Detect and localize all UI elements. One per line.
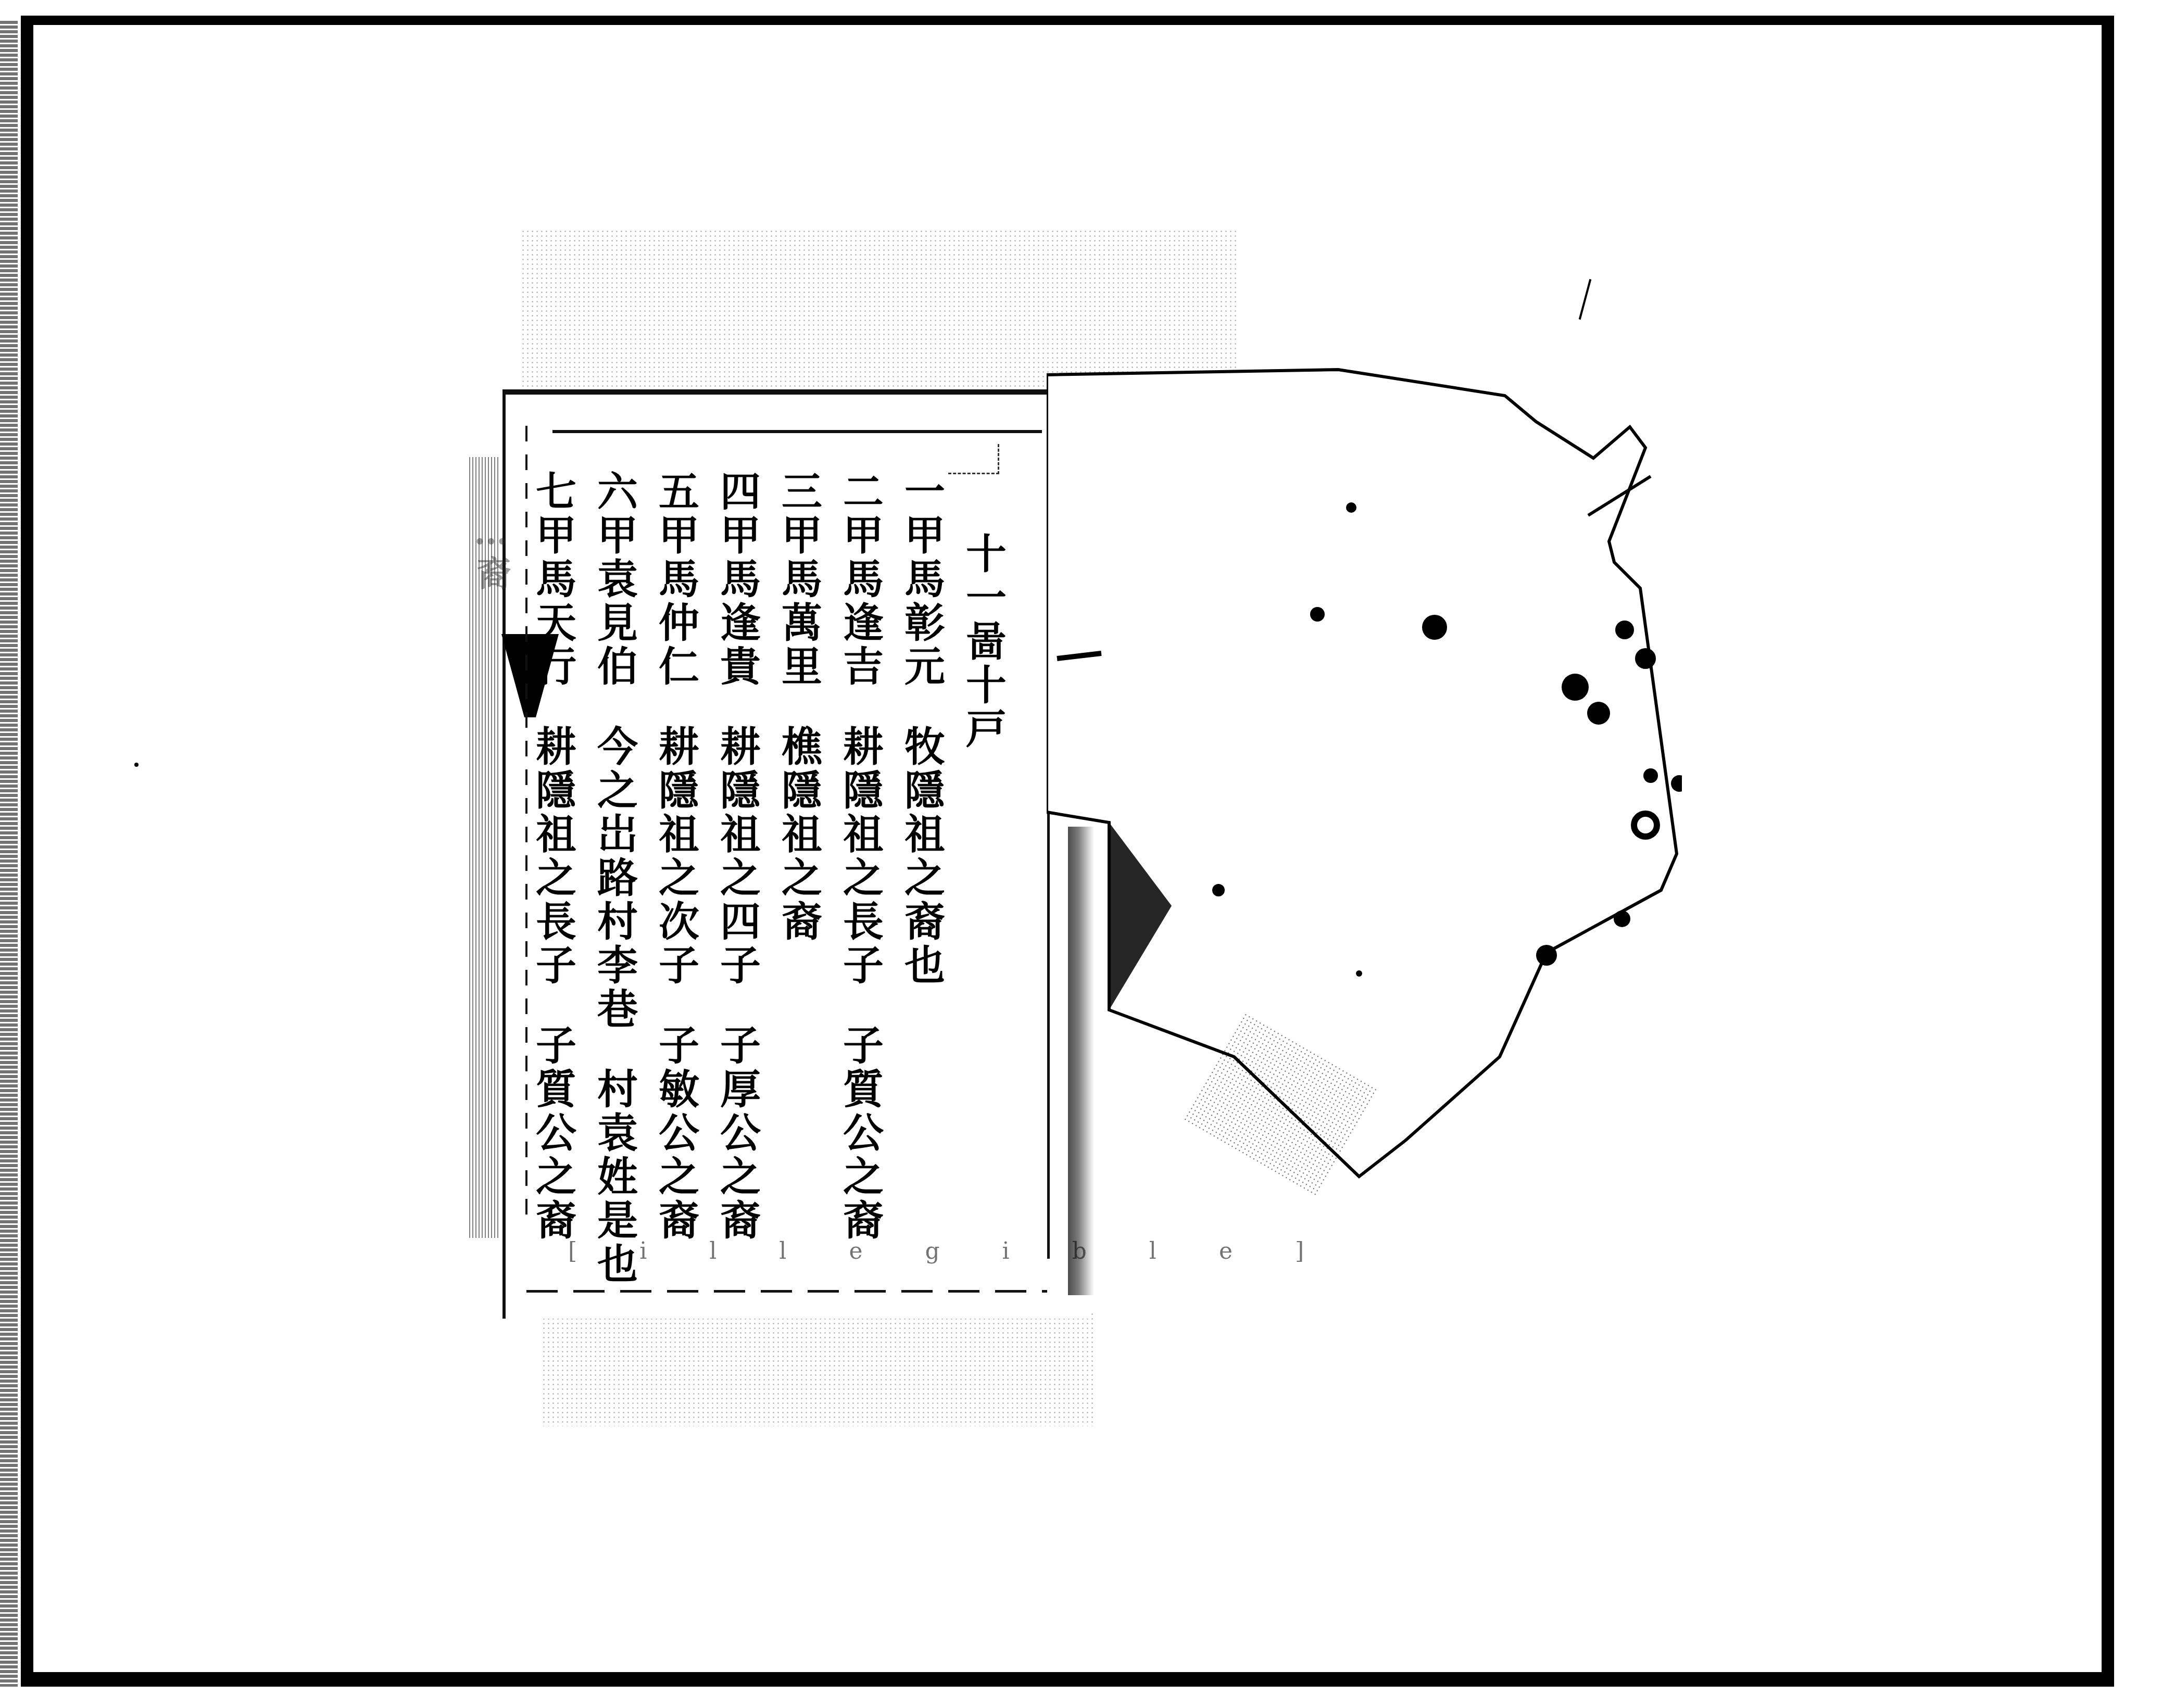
entry-column: 四甲馬逢貴耕隱祖之四子子厚公之裔 [706,470,768,1225]
household-label: 四甲 [713,470,761,558]
person-name: 馬天行 [529,558,576,689]
household-label: 三甲 [775,470,822,558]
person-name: 馬萬里 [775,558,822,689]
person-name: 馬彰元 [898,558,945,689]
household-label: 六甲 [590,470,638,558]
person-name: 袁見伯 [590,558,638,689]
lineage-note: 耕隱祖之長子 [836,725,884,988]
torn-paper-flap [1047,364,1682,1301]
household-label: 五甲 [652,470,699,558]
background-paper-texture [542,1312,1093,1426]
text-columns: 十一啚十戸 一甲馬彰元牧隱祖之裔也 二甲馬逢吉耕隱祖之長子子質公之裔 三甲馬萬里… [597,470,1013,1225]
entry-column: 六甲袁見伯今之岀路村李巷村袁姓是也 [583,470,645,1225]
household-label: 一甲 [898,470,945,558]
illegible-bottom-margin: [illegible] [568,1238,1037,1285]
heading: 十一啚十戸 [952,470,1013,1225]
household-label: 七甲 [529,470,576,558]
border-rule-top [552,430,1042,433]
household-label: 二甲 [836,470,884,558]
entry-column: 七甲馬天行耕隱祖之長子子質公之裔 [522,470,583,1225]
entry-column: 三甲馬萬里樵隱祖之裔 [768,470,829,1225]
descent-note: 子敏公之裔 [652,1024,699,1243]
border-rule-bottom [526,1290,1047,1293]
lineage-note: 耕隱祖之四子 [713,725,761,988]
lineage-note: 牧隱祖之裔也 [898,725,945,988]
lineage-note: 今之岀路村李巷 [590,725,638,1031]
descent-note: 子質公之裔 [836,1024,884,1243]
book-page: 十一啚十戸 一甲馬彰元牧隱祖之裔也 二甲馬逢吉耕隱祖之長子子質公之裔 三甲馬萬里… [502,389,1089,1319]
torn-flap-shape [1047,364,1682,1301]
lineage-note: 耕隱祖之長子 [529,725,576,988]
stray-mark [134,763,139,767]
illegible-column: …裔 [460,470,522,1225]
entry-column: 一甲馬彰元牧隱祖之裔也 [890,470,952,1225]
person-name: 馬逢貴 [713,558,761,689]
person-name: 馬仲仁 [652,558,699,689]
entry-column: 五甲馬仲仁耕隱祖之次子子敏公之裔 [645,470,706,1225]
person-name: 馬逢吉 [836,558,884,689]
descent-note: 子質公之裔 [529,1024,576,1243]
lineage-note: 耕隱祖之次子 [652,725,699,988]
lineage-note: 樵隱祖之裔 [775,725,822,944]
descent-note: 子厚公之裔 [713,1024,761,1243]
entry-column: 二甲馬逢吉耕隱祖之長子子質公之裔 [829,470,890,1225]
scan-edge-shadow [0,21,18,1687]
